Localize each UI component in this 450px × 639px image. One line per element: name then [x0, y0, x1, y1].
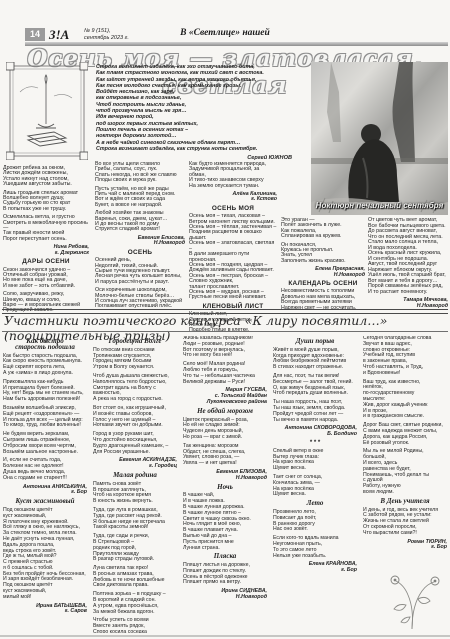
poem-title: Души порыв	[273, 339, 357, 345]
autumn-photo: Ноктюрн печальный сентября	[311, 62, 448, 215]
poem-title: Лето	[273, 501, 357, 507]
middle-column-5: От цветов чуть веет аромат, Все бабочки …	[368, 218, 448, 312]
poem-author: Алёна Калинина, г. Кстово	[189, 192, 277, 203]
middle-column-4: Это ураган — Полёт закончить в луже. Как…	[281, 218, 365, 314]
poem-text: Возьмём волшебный эликсир, Ещё рецепт «о…	[3, 406, 87, 429]
poem-text: Для нас, поэт, ты так велик! Бессмертье …	[273, 374, 357, 397]
lamp-and-books-sketch-icon	[6, 62, 88, 160]
lead-poem-text: Строка возникает издалёка, как эхо отзву…	[96, 64, 308, 152]
poem-text: По откосам вниз соснами Тропинками спуск…	[93, 348, 177, 371]
poem-text: Во все углы щели ставило Грибы, салаты, …	[95, 162, 185, 184]
contest-columns: Как быстро старость подошла Как быстро с…	[3, 336, 447, 633]
poem-text: Город в узор руками шит, Что достойно во…	[93, 432, 177, 455]
poem-title: ОСЕНЬ	[95, 250, 185, 255]
poem-text: Не будем верить зеркалам, Сыграем лишь о…	[3, 432, 87, 455]
poem-text: Он покачался, Кружась не проплыл. Знать,…	[281, 243, 365, 265]
poem-title: Городец на Волге	[93, 339, 177, 345]
poem-author: Евгения АСКИНАДЗЕ, г. Городец	[93, 458, 177, 470]
poem-text: Жизнь казалась праздником! Люди – розовы…	[183, 336, 267, 359]
poem-text: Цветок прекрасный – роза, Но ей не сладк…	[183, 418, 267, 441]
rubric-title: В «Светлице» нашей	[0, 28, 450, 38]
poem-text: Дрожит рябина за окном, Листки дождём ос…	[3, 166, 89, 188]
poem-text: Приковыляла как-нибудь И притащила букет…	[3, 380, 87, 403]
poem-text: Чтобы успеть со всеми Вместе занять рядо…	[93, 618, 177, 633]
poem-text: Полтина зорька – в подушку – В короткий …	[93, 592, 177, 615]
poem-text: В чашке чай, И в чашке ложка. В чашке лу…	[183, 493, 267, 551]
poem-author: Антонина СКОВОРОДОВА, Б. Болдино	[273, 426, 357, 438]
poem-title: Пляска	[183, 554, 267, 560]
poem-text: Сезон закончился удачно – Отличный собра…	[3, 268, 89, 290]
poem-title: ДАРЫ ОСЕНИ	[3, 259, 89, 264]
poem-text: Оси коричневые шоколадом, Молочно-белые …	[95, 288, 185, 310]
poem-title: Как быстро старость подошла	[3, 339, 87, 351]
poem-author: Евгения Елисова, Н.Новгород	[95, 236, 185, 247]
middle-column-1: Дрожит рябина за окном, Листки дождём ос…	[3, 166, 89, 317]
poem-text: Так женщина: морозом Обдаст, не спеша, с…	[183, 444, 267, 467]
poem-title: Куст жасминовый	[3, 499, 87, 505]
poem-text: Осенний день, Недолгий, тихий, сонный. С…	[95, 258, 185, 285]
poem-text: От цветов чуть веет аромат, Все бабочки …	[368, 218, 448, 295]
poem-text: Осмелилась ветла, и грустно Смотреть в м…	[3, 215, 89, 242]
poem-title: В День учителя	[363, 499, 447, 505]
poem-text: Сегодня благодарные слова Звучат в ваш а…	[363, 336, 447, 377]
photo-caption: Ноктюрн печальный сентября	[311, 201, 448, 210]
lead-poem-block: Строка возникает издалёка, как эхо отзву…	[96, 64, 308, 161]
poem-author: Антонина АНИСЬКИНА, г. Бор	[3, 485, 87, 497]
poem-text: Село моё! Малая родина! Люблю тебя и гор…	[183, 362, 267, 385]
poem-text: Туда, где сады и речки, В Стрельцовой – …	[93, 534, 177, 563]
poem-title: Малая родина	[93, 473, 177, 479]
poem-text: Ты наша гордость, наш поэт, Ты наш язык,…	[273, 400, 357, 423]
poem-title: КАЛЕНДАРЬ ОСЕНИ	[281, 281, 365, 286]
poem-author: Нина Рябова, г. Дзержинск	[3, 245, 89, 256]
poem-text: И, если не считать года, Болезни нас не …	[3, 458, 87, 481]
poem-text: Туда, где луга в ромашках, Туда, где рас…	[93, 508, 177, 531]
poem-text: Вот стоит он, как игрушечный, И вознёс г…	[93, 406, 177, 429]
poem-title: ОСЕНЬ МОЯ	[189, 206, 277, 211]
poem-text: Спелый ветер в окне Вытер лучик глаза: Н…	[273, 449, 357, 472]
poem-text: Осень моя – тихая, ласковая – Ветром наг…	[189, 214, 277, 301]
poem-text: Мы ль не милой Родины, большой, И всего,…	[363, 449, 447, 495]
poem-text: Как будто изменяется природа, Задумчивой…	[189, 162, 277, 189]
poem-author: Елена КРАЙНОВА, г. Бор	[273, 562, 357, 574]
poem-text: Ваш труд, как известно, нелёгок, по-госу…	[363, 380, 447, 421]
footer-rule	[0, 635, 450, 637]
poem-title: Не обдай морозом	[183, 409, 267, 415]
poem-text: Лишь гроздьев спелых аромат Волшебно вол…	[3, 191, 89, 213]
untitled-poem-divider: * * *	[273, 441, 357, 447]
poem-author: Евгения ЕЛИЗОВА, Н.Новгород	[183, 470, 267, 482]
section-thin-rule	[2, 331, 448, 332]
poem-text: Если кого-то вдаль манила Неугомонная пр…	[273, 536, 357, 559]
poem-text: Тает снег от солнца, Кончилась зима, — Н…	[273, 475, 357, 498]
poem-author: Елена Прекрасная, Н.Новгород	[281, 267, 365, 278]
middle-column-2: Во все углы щели ставило Грибы, салаты, …	[95, 162, 185, 313]
poem-text: Пляшут листья на дорожке, Пляшет дождик …	[183, 563, 267, 586]
poem-text: Это ураган — Полёт закончить в луже. Как…	[281, 218, 365, 240]
bottom-column-2: Городец на Волге По откосам вниз соснами…	[93, 336, 177, 633]
poem-author: Мария ГУСЕВА, с. Тольский Майдан Лукояно…	[183, 388, 267, 405]
poem-text: Прозвенело лето, Повисает да поёт, В ран…	[273, 510, 357, 533]
poem-text: Под окошком цветёт куст жасминовый, Я пл…	[3, 508, 87, 601]
poem-text: Живёт в моей душе порыв, Когда приходит …	[273, 348, 357, 371]
poem-author: Ирина СИДНЕВА, Н.Новгород	[183, 589, 267, 601]
poem-text: Чтоб душа дышала свежестью, Наполнялось …	[93, 374, 177, 403]
poem-text: Как быстро старость подошла, Как скоро ю…	[3, 354, 87, 377]
bottom-column-4: Души порыв Живёт в моей душе порыв, Когд…	[273, 336, 357, 633]
poem-author: Роман ТЮРИН, г. Бор	[363, 540, 447, 552]
poem-text: Пусть устаём, но всё же рады Пить чай с …	[95, 187, 185, 209]
poem-text: Несовместимость с тополями Довольно нам …	[281, 289, 365, 311]
poem-author: Ирина БАТЫШЕВА, г. Саров	[3, 604, 87, 616]
poem-text: Память снова зовёт В прошлое заглянуть, …	[93, 482, 177, 505]
poem-text: Любой хозяйке так знакомы Варенья, соки,…	[95, 211, 185, 233]
poem-text: Луна светила так ярко! В росных алмазах …	[93, 566, 177, 589]
poem-title: Ночь	[183, 485, 267, 491]
flower-sketch-icon	[382, 569, 444, 631]
poem-author: Тамара Мячкова, Н.Новгород	[368, 298, 448, 309]
bottom-column-3: Жизнь казалась праздником! Люди – розовы…	[183, 336, 267, 633]
poem-text: Дорог Ваш свет, святые родники, С вами н…	[363, 423, 447, 446]
poem-text: И день, и год, весь век учителя С забото…	[363, 508, 447, 537]
bottom-column-1: Как быстро старость подошла Как быстро с…	[3, 336, 87, 633]
